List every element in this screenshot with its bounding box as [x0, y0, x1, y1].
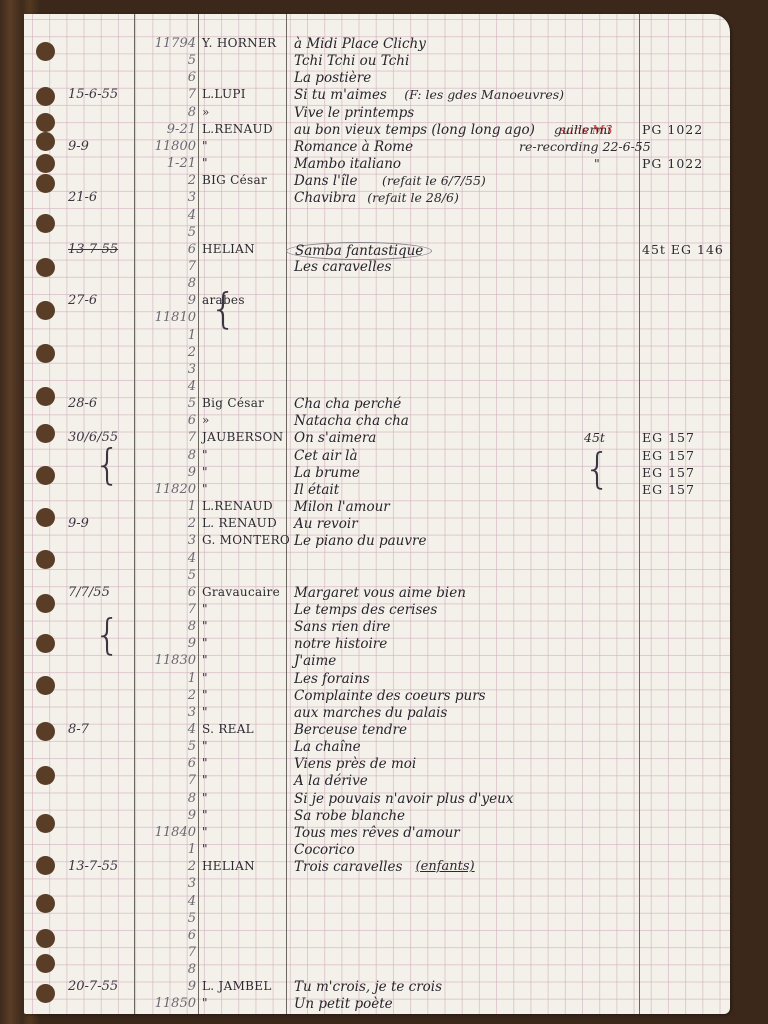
log-row: 3G. MONTEROLe piano du pauvre — [24, 533, 730, 550]
recording-number: 6 — [134, 413, 196, 428]
log-row: 1"Cocorico — [24, 842, 730, 859]
title: Dans l'île — [294, 173, 357, 189]
date: 9-9 — [68, 516, 140, 531]
title: Si tu m'aimes — [294, 87, 387, 103]
title: Romance à Rome — [294, 139, 413, 155]
artist: " — [202, 465, 288, 479]
recording-number: 2 — [134, 859, 196, 874]
title: Milon l'amour — [294, 499, 390, 515]
catalog-ref: EG 157 — [642, 465, 695, 480]
artist: JAUBERSON — [202, 430, 288, 444]
recording-number: 4 — [134, 894, 196, 909]
recording-number: 11850 — [134, 996, 196, 1011]
log-row: 5Tchi Tchi ou Tchi — [24, 53, 730, 70]
title: A la dérive — [294, 773, 368, 789]
artist: G. MONTERO — [202, 533, 288, 547]
punch-hole — [36, 258, 55, 277]
recording-number: 11830 — [134, 653, 196, 668]
title: Les forains — [294, 671, 370, 687]
title: notre histoire — [294, 636, 387, 652]
date: 28-6 — [68, 396, 140, 411]
artist: " — [202, 156, 288, 170]
brace-mark: { — [584, 448, 611, 490]
recording-number: 1 — [134, 499, 196, 514]
artist: " — [202, 808, 288, 822]
log-row: 8»Vive le printemps — [24, 105, 730, 122]
recording-number: 7 — [134, 87, 196, 102]
recording-number: 7 — [134, 773, 196, 788]
recording-number: 7 — [134, 259, 196, 274]
title: Si je pouvais n'avoir plus d'yeux — [294, 791, 513, 807]
title: La chaîne — [294, 739, 361, 755]
log-row: 6La postière — [24, 70, 730, 87]
log-row: 4 — [24, 379, 730, 396]
recording-number: 1 — [134, 328, 196, 343]
recording-number: 2 — [134, 516, 196, 531]
punch-hole — [36, 344, 55, 363]
punch-hole — [36, 466, 55, 485]
title: Viens près de moi — [294, 756, 416, 772]
recording-number: 3 — [134, 533, 196, 548]
log-row: 5 — [24, 911, 730, 928]
artist: HELIAN — [202, 242, 288, 256]
punch-hole — [36, 676, 55, 695]
log-row: 11810 — [24, 310, 730, 327]
recording-number: 6 — [134, 242, 196, 257]
log-row: 9"notre histoire — [24, 636, 730, 653]
title: Sans rien dire — [294, 619, 390, 635]
recording-number: 6 — [134, 928, 196, 943]
log-row: 1-21"Mambo italiano"PG 1022 — [24, 156, 730, 173]
recording-number: 4 — [134, 379, 196, 394]
log-row: 6 — [24, 928, 730, 945]
log-row: 11840"Tous mes rêves d'amour — [24, 825, 730, 842]
title: La brume — [294, 465, 360, 481]
brace-mark: { — [94, 614, 121, 656]
title: La postière — [294, 70, 371, 86]
log-row: 8"Si je pouvais n'avoir plus d'yeux — [24, 791, 730, 808]
log-row: 1"Les forains — [24, 671, 730, 688]
recording-number: 7 — [134, 945, 196, 960]
recording-number: 9 — [134, 293, 196, 308]
artist: " — [202, 602, 288, 616]
log-row: 11830"J'aime — [24, 653, 730, 670]
catalog-ref: PG 1022 — [642, 156, 703, 171]
punch-hole — [36, 132, 55, 151]
title: Complainte des coeurs purs — [294, 688, 486, 704]
recording-number: 3 — [134, 190, 196, 205]
punch-hole — [36, 113, 55, 132]
log-row: 13-7-552HELIANTrois caravelles(enfants) — [24, 859, 730, 876]
punch-hole — [36, 550, 55, 569]
punch-hole — [36, 594, 55, 613]
log-row: 7Les caravelles — [24, 259, 730, 276]
annotation: " — [594, 156, 600, 171]
punch-hole — [36, 508, 55, 527]
title: Natacha cha cha — [294, 413, 409, 429]
artist: Big César — [202, 396, 288, 410]
log-row: 11820"Il étaitEG 157 — [24, 482, 730, 499]
punch-hole — [36, 87, 55, 106]
punch-hole — [36, 301, 55, 320]
log-row: 1 — [24, 328, 730, 345]
recording-number: 11794 — [134, 36, 196, 51]
log-row: 5 — [24, 568, 730, 585]
artist: L.LUPI — [202, 87, 288, 101]
log-row: 9-92L. RENAUDAu revoir — [24, 516, 730, 533]
log-row: 9"Sa robe blanche — [24, 808, 730, 825]
log-row: 11794Y. HORNERà Midi Place Clichy — [24, 36, 730, 53]
catalog-ref: EG 157 — [642, 430, 695, 445]
recording-number: 6 — [134, 756, 196, 771]
title: Cocorico — [294, 842, 355, 858]
date: 15-6-55 — [68, 87, 140, 102]
punch-hole — [36, 634, 55, 653]
artist: Gravaucaire — [202, 585, 288, 599]
log-row: 27-69arabes — [24, 293, 730, 310]
punch-hole — [36, 214, 55, 233]
artist: " — [202, 756, 288, 770]
recording-number: 3 — [134, 705, 196, 720]
recording-number: 2 — [134, 688, 196, 703]
log-row: 9-21L.RENAUDau bon vieux temps (long lon… — [24, 122, 730, 139]
title: Il était — [294, 482, 339, 498]
log-row: 28-65Big CésarCha cha perché — [24, 396, 730, 413]
punch-hole — [36, 722, 55, 741]
log-row: 5"La chaîne — [24, 739, 730, 756]
annotation: guillermi — [554, 122, 611, 137]
title: Le temps des cerises — [294, 602, 437, 618]
annotation: (refait le 6/7/55) — [382, 173, 486, 188]
recording-number: 3 — [134, 362, 196, 377]
recording-number: 5 — [134, 225, 196, 240]
date: 9-9 — [68, 139, 140, 154]
recording-number: 6 — [134, 585, 196, 600]
punch-hole — [36, 424, 55, 443]
artist: " — [202, 653, 288, 667]
title: Vive le printemps — [294, 105, 414, 121]
annotation: (refait le 28/6) — [367, 190, 459, 205]
recording-number: 9 — [134, 465, 196, 480]
artist: " — [202, 705, 288, 719]
recording-number: 8 — [134, 962, 196, 977]
catalog-ref: 45t EG 146 — [642, 242, 724, 257]
title: Un petit poète — [294, 996, 393, 1012]
log-row: 2 — [24, 345, 730, 362]
artist: L. JAMBEL — [202, 979, 288, 993]
recording-number: 7 — [134, 602, 196, 617]
artist: L.RENAUD — [202, 122, 288, 136]
recording-number: 6 — [134, 70, 196, 85]
brace-mark: { — [210, 288, 237, 330]
log-row: 21-63Chavibra(refait le 28/6) — [24, 190, 730, 207]
log-row: 8"Sans rien dire — [24, 619, 730, 636]
date: 27-6 — [68, 293, 140, 308]
recording-number: 8 — [134, 105, 196, 120]
log-row: 6»Natacha cha cha — [24, 413, 730, 430]
log-row: 6"Viens près de moi — [24, 756, 730, 773]
log-row: 1L.RENAUDMilon l'amour — [24, 499, 730, 516]
punch-hole — [36, 954, 55, 973]
artist: » — [202, 105, 288, 119]
catalog-ref: EG 157 — [642, 448, 695, 463]
date: 13-7-55 — [68, 859, 140, 874]
recording-number: 8 — [134, 448, 196, 463]
title: J'aime — [294, 653, 336, 669]
title: Tous mes rêves d'amour — [294, 825, 460, 841]
title: Cha cha perché — [294, 396, 401, 412]
recording-number: 8 — [134, 276, 196, 291]
date: 7/7/55 — [68, 585, 140, 600]
log-row: 3 — [24, 876, 730, 893]
recording-number: 5 — [134, 911, 196, 926]
log-row: 20-7-559L. JAMBELTu m'crois, je te crois — [24, 979, 730, 996]
recording-number: 5 — [134, 568, 196, 583]
artist: HELIAN — [202, 859, 288, 873]
log-row: 4 — [24, 208, 730, 225]
artist: " — [202, 448, 288, 462]
recording-number: 3 — [134, 876, 196, 891]
punch-hole — [36, 814, 55, 833]
recording-number: 5 — [134, 396, 196, 411]
artist: S. REAL — [202, 722, 288, 736]
artist: Y. HORNER — [202, 36, 288, 50]
artist: " — [202, 636, 288, 650]
title-circled: Samba fantastique — [286, 242, 432, 260]
punch-hole — [36, 387, 55, 406]
title: Chavibra — [294, 190, 356, 206]
punch-hole — [36, 894, 55, 913]
log-row: 2BIG CésarDans l'île(refait le 6/7/55) — [24, 173, 730, 190]
title: Cet air là — [294, 448, 358, 464]
recording-number: 2 — [134, 345, 196, 360]
punch-hole — [36, 154, 55, 173]
log-row: 15-6-557L.LUPISi tu m'aimes(F: les gdes … — [24, 87, 730, 104]
artist: » — [202, 413, 288, 427]
catalog-ref: EG 157 — [642, 482, 695, 497]
artist: " — [202, 842, 288, 856]
title: Trois caravelles — [294, 859, 402, 875]
recording-number: 4 — [134, 551, 196, 566]
title: à Midi Place Clichy — [294, 36, 426, 52]
log-row: 8 — [24, 962, 730, 979]
log-row: 4 — [24, 551, 730, 568]
artist: L. RENAUD — [202, 516, 288, 530]
artist: " — [202, 619, 288, 633]
title: On s'aimera — [294, 430, 376, 446]
recording-number: 9 — [134, 979, 196, 994]
title: Mambo italiano — [294, 156, 401, 172]
recording-number: 11800 — [134, 139, 196, 154]
log-row: 7/7/556GravaucaireMargaret vous aime bie… — [24, 585, 730, 602]
artist: " — [202, 791, 288, 805]
title-suffix: (enfants) — [416, 859, 475, 874]
log-row: 30/6/557JAUBERSONOn s'aimera45tEG 157 — [24, 430, 730, 447]
date: 20-7-55 — [68, 979, 140, 994]
artist: " — [202, 482, 288, 496]
recording-number: 9-21 — [134, 122, 196, 137]
artist: " — [202, 739, 288, 753]
title: Tchi Tchi ou Tchi — [294, 53, 409, 69]
catalog-ref: PG 1022 — [642, 122, 703, 137]
artist: " — [202, 139, 288, 153]
title: Sa robe blanche — [294, 808, 405, 824]
brace-mark: { — [94, 444, 121, 486]
artist: " — [202, 773, 288, 787]
log-row: 7"Le temps des cerises — [24, 602, 730, 619]
recording-number: 5 — [134, 53, 196, 68]
recording-number: 8 — [134, 791, 196, 806]
recording-number: 11840 — [134, 825, 196, 840]
recording-number: 1-21 — [134, 156, 196, 171]
log-row: 9-911800"Romance à Romere-recording 22-6… — [24, 139, 730, 156]
punch-hole — [36, 984, 55, 1003]
artist: " — [202, 688, 288, 702]
recording-number: 1 — [134, 671, 196, 686]
log-row: 8-74S. REALBerceuse tendre — [24, 722, 730, 739]
artist: BIG César — [202, 173, 288, 187]
recording-number: 4 — [134, 722, 196, 737]
recording-number: 9 — [134, 808, 196, 823]
recording-number: 11810 — [134, 310, 196, 325]
log-row: 13-7-556HELIANSamba fantastique45t EG 14… — [24, 242, 730, 259]
date-struck: 13-7-55 — [68, 242, 140, 257]
log-row: 7 — [24, 945, 730, 962]
log-row: 7"A la dérive — [24, 773, 730, 790]
annotation: (F: les gdes Manoeuvres) — [404, 87, 564, 102]
punch-hole — [36, 856, 55, 875]
log-row: 11850"Un petit poète — [24, 996, 730, 1013]
artist: L.RENAUD — [202, 499, 288, 513]
title: Berceuse tendre — [294, 722, 407, 738]
log-row: 2"Complainte des coeurs purs — [24, 688, 730, 705]
recording-number: 1 — [134, 842, 196, 857]
punch-hole — [36, 929, 55, 948]
log-row: 8 — [24, 276, 730, 293]
recording-number: 9 — [134, 636, 196, 651]
punch-hole — [36, 174, 55, 193]
log-row: 3"aux marches du palais — [24, 705, 730, 722]
log-row: 4 — [24, 894, 730, 911]
log-row: 9"La brumeEG 157 — [24, 465, 730, 482]
title: au bon vieux temps (long long ago) — [294, 122, 535, 138]
date: 21-6 — [68, 190, 140, 205]
artist: " — [202, 996, 288, 1010]
date: 8-7 — [68, 722, 140, 737]
log-row: 8"Cet air làEG 157 — [24, 448, 730, 465]
title: aux marches du palais — [294, 705, 447, 721]
annotation: re-recording 22-6-55 — [519, 139, 651, 154]
recording-number: 7 — [134, 430, 196, 445]
recording-number: 11820 — [134, 482, 196, 497]
title: Tu m'crois, je te crois — [294, 979, 442, 995]
recording-number: 5 — [134, 739, 196, 754]
punch-hole — [36, 42, 55, 61]
notebook-page: 11794Y. HORNERà Midi Place Clichy5Tchi T… — [24, 14, 730, 1014]
title: Les caravelles — [294, 259, 391, 275]
artist: " — [202, 825, 288, 839]
log-row: 3 — [24, 362, 730, 379]
artist: " — [202, 671, 288, 685]
title: Au revoir — [294, 516, 358, 532]
recording-number: 4 — [134, 208, 196, 223]
punch-hole — [36, 766, 55, 785]
recording-number: 8 — [134, 619, 196, 634]
title: Le piano du pauvre — [294, 533, 426, 549]
recording-number: 2 — [134, 173, 196, 188]
log-row: 5 — [24, 225, 730, 242]
title: Margaret vous aime bien — [294, 585, 466, 601]
